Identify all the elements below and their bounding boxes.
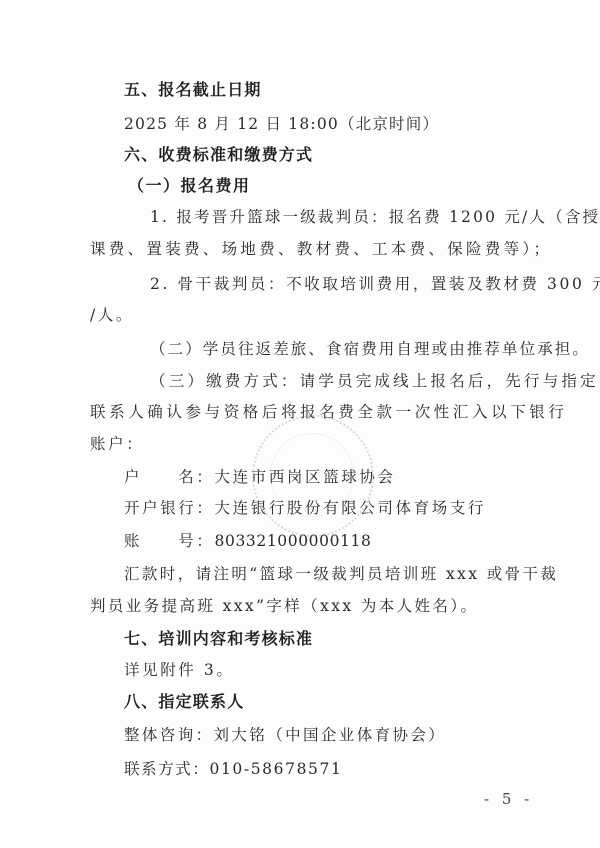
section-8-heading: 八、指定联系人 <box>124 692 244 712</box>
contact-phone: 联系方式：010-58678571 <box>124 759 342 779</box>
payment-method-line-3: 账户： <box>90 434 144 454</box>
remittance-note-line-2: 判员业务提高班 xxx”字样（xxx 为本人姓名）。 <box>90 596 478 616</box>
page-number: - 5 - <box>484 790 533 808</box>
fee-item-2-line-1: 2. 骨干裁判员：不收取培训费用，置装及教材费 300 元 <box>150 274 600 294</box>
account-number-value: 803321000000118 <box>215 532 372 550</box>
fee-item-2-line-2: /人。 <box>90 305 134 325</box>
account-name-label: 户 名： <box>124 468 215 486</box>
fee-item-1-line-2: 课费、置装费、场地费、教材费、工本费、保险费等）； <box>90 239 552 259</box>
fee-item-1-line-1: 1. 报考晋升篮球一级裁判员：报名费 1200 元/人（含授 <box>150 207 600 227</box>
fee-subheading: （一）报名费用 <box>128 176 251 196</box>
bank-name-label: 开户银行： <box>124 499 215 517</box>
account-name-value: 大连市西岗区篮球协会 <box>215 468 396 486</box>
training-content-reference: 详见附件 3。 <box>124 660 235 680</box>
section-7-heading: 七、培训内容和考核标准 <box>124 629 313 649</box>
registration-deadline: 2025 年 8 月 12 日 18:00（北京时间） <box>124 114 439 134</box>
payment-method-line-1: （三）缴费方式：请学员完成线上报名后，先行与指定 <box>150 371 599 391</box>
payment-method-line-2: 联系人确认参与资格后将报名费全款一次性汇入以下银行 <box>90 402 568 422</box>
account-number-label: 账 号： <box>124 532 215 550</box>
bank-account-name-row: 户 名：大连市西岗区篮球协会 <box>124 467 396 487</box>
travel-expense-note: （二）学员往返差旅、食宿费用自理或由推荐单位承担。 <box>150 339 590 359</box>
document-page: 五、报名截止日期 2025 年 8 月 12 日 18:00（北京时间） 六、收… <box>0 0 600 848</box>
bank-name-row: 开户银行：大连银行股份有限公司体育场支行 <box>124 498 486 518</box>
remittance-note-line-1: 汇款时，请注明“篮球一级裁判员培训班 xxx 或骨干裁 <box>124 564 558 584</box>
section-6-heading: 六、收费标准和缴费方式 <box>124 145 313 165</box>
bank-name-value: 大连银行股份有限公司体育场支行 <box>215 499 487 517</box>
bank-account-number-row: 账 号：803321000000118 <box>124 531 371 551</box>
section-5-heading: 五、报名截止日期 <box>124 80 262 100</box>
contact-consultation: 整体咨询：刘大铭（中国企业体育协会） <box>124 725 446 745</box>
